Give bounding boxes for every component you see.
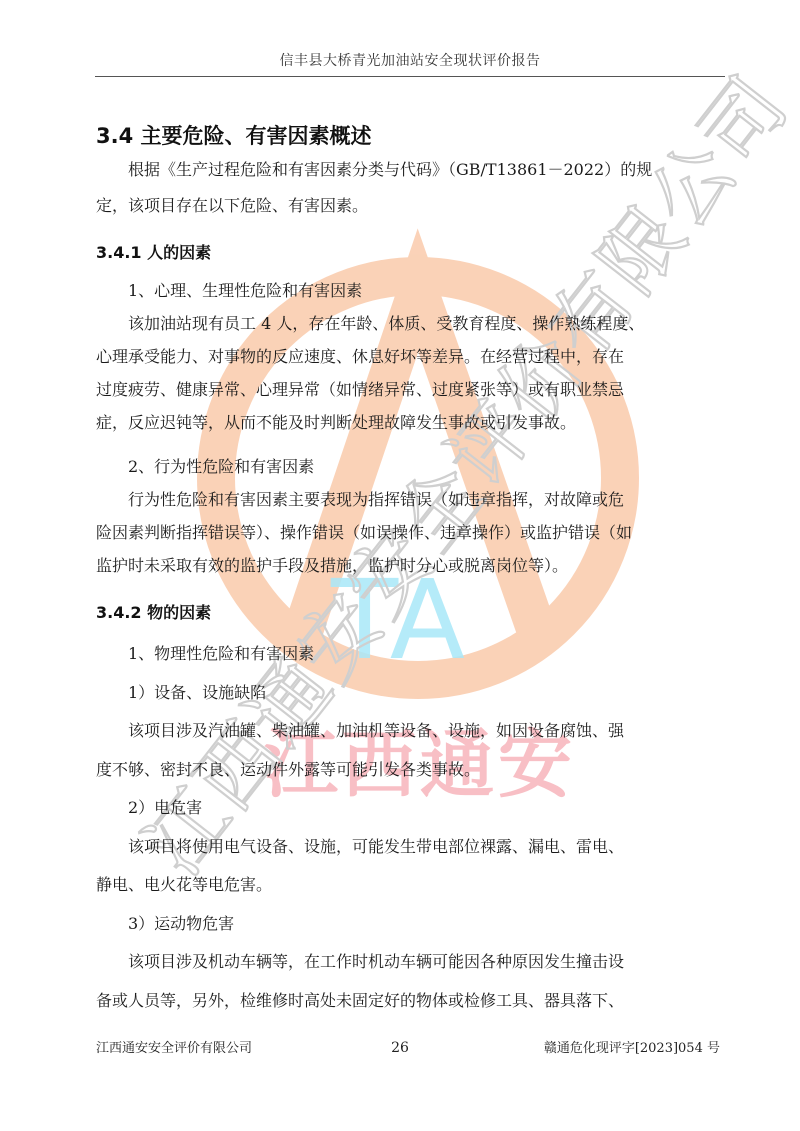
- paragraph-line: 监护时未采取有效的监护手段及措施，监护时分心或脱离岗位等）。: [96, 556, 568, 576]
- paragraph-line: 度不够、密封不良、运动件外露等可能引发各类事故。: [96, 760, 480, 780]
- paragraph-line: 险因素判断指挥错误等）、操作错误（如误操作、违章操作）或监护错误（如: [96, 523, 632, 543]
- intro-line: 根据《生产过程危险和有害因素分类与代码》（GB/T13861－2022）的规: [128, 160, 652, 180]
- item-title: 1、物理性危险和有害因素: [128, 644, 314, 664]
- footer-company: 江西通安安全评价有限公司: [96, 1037, 252, 1056]
- subitem-title: 1）设备、设施缺陷: [128, 683, 266, 703]
- paragraph-line: 该项目将使用电气设备、设施，可能发生带电部位裸露、漏电、雷电、: [128, 837, 624, 857]
- header-rule: [95, 76, 725, 77]
- page-header-title: 信丰县大桥青光加油站安全现状评价报告: [96, 50, 724, 70]
- paragraph-line: 静电、电火花等电危害。: [96, 875, 272, 895]
- paragraph-line: 过度疲劳、健康异常、心理异常（如情绪异常、过度紧张等）或有职业禁忌: [96, 380, 624, 400]
- item-title: 2、行为性危险和有害因素: [128, 457, 314, 477]
- subsection-heading-material: 3.4.2 物的因素: [96, 600, 211, 623]
- paragraph-line: 心理承受能力、对事物的反应速度、休息好坏等差异。在经营过程中，存在: [96, 347, 624, 367]
- subsection-heading-human: 3.4.1 人的因素: [96, 240, 211, 263]
- item-title: 1、心理、生理性危险和有害因素: [128, 281, 362, 301]
- paragraph-line: 该项目涉及汽油罐、柴油罐、加油机等设备、设施，如因设备腐蚀、强: [128, 721, 624, 741]
- paragraph-line: 该加油站现有员工 4 人，存在年龄、体质、受教育程度、操作熟练程度、: [128, 314, 644, 334]
- section-heading: 3.4 主要危险、有害因素概述: [96, 120, 372, 150]
- paragraph-line: 备或人员等，另外，检维修时高处未固定好的物体或检修工具、器具落下、: [96, 991, 624, 1011]
- subitem-title: 3）运动物危害: [128, 914, 234, 934]
- subitem-title: 2）电危害: [128, 798, 202, 818]
- paragraph-line: 症，反应迟钝等，从而不能及时判断处理故障发生事故或引发事故。: [96, 413, 576, 433]
- paragraph-line: 该项目涉及机动车辆等，在工作时机动车辆可能因各种原因发生撞击设: [128, 952, 624, 972]
- footer-report-code: 赣通危化现评字[2023]054 号: [544, 1037, 720, 1056]
- footer-page-number: 26: [391, 1040, 409, 1056]
- paragraph-line: 行为性危险和有害因素主要表现为指挥错误（如违章指挥，对故障或危: [128, 490, 624, 510]
- watermark-logo-icon: [216, 276, 620, 680]
- intro-line: 定，该项目存在以下危险、有害因素。: [96, 196, 368, 216]
